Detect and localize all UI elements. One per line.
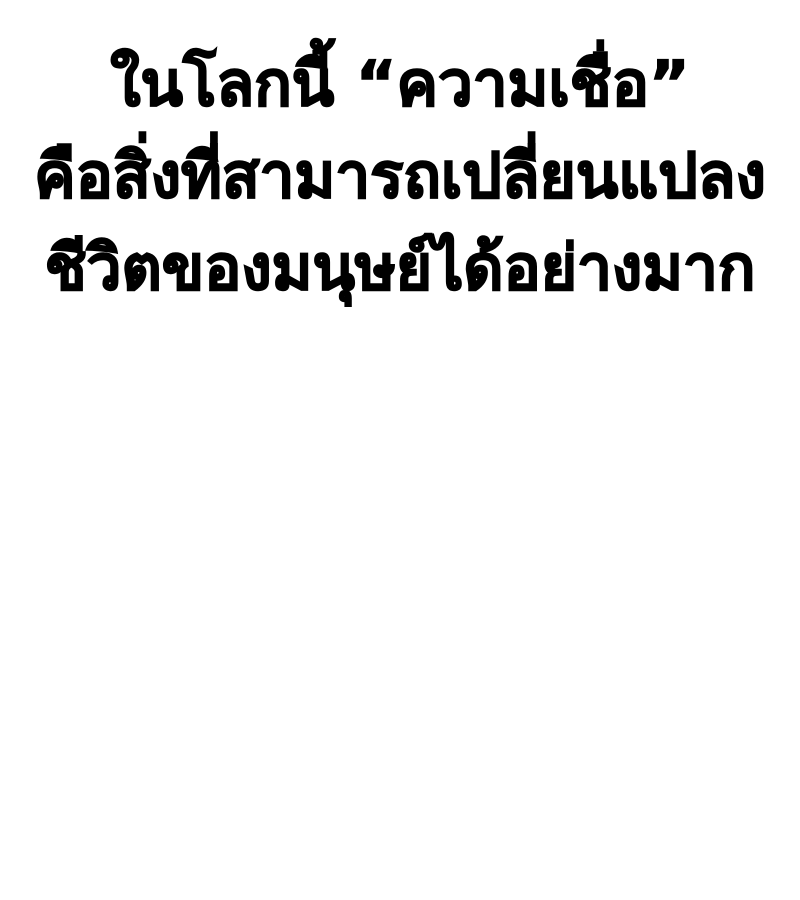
comic-narration-page: ในโลกนี้ “ความเชื่อ” คือสิ่งที่สามารถเปล…: [0, 0, 800, 900]
narration-line-1: ในโลกนี้ “ความเชื่อ”: [0, 38, 800, 130]
narration-line-2: คือสิ่งที่สามารถเปลี่ยนแปลง: [0, 130, 800, 222]
narration-text-block: ในโลกนี้ “ความเชื่อ” คือสิ่งที่สามารถเปล…: [0, 38, 800, 314]
narration-line-3: ชีวิตของมนุษย์ได้อย่างมาก: [0, 222, 800, 314]
